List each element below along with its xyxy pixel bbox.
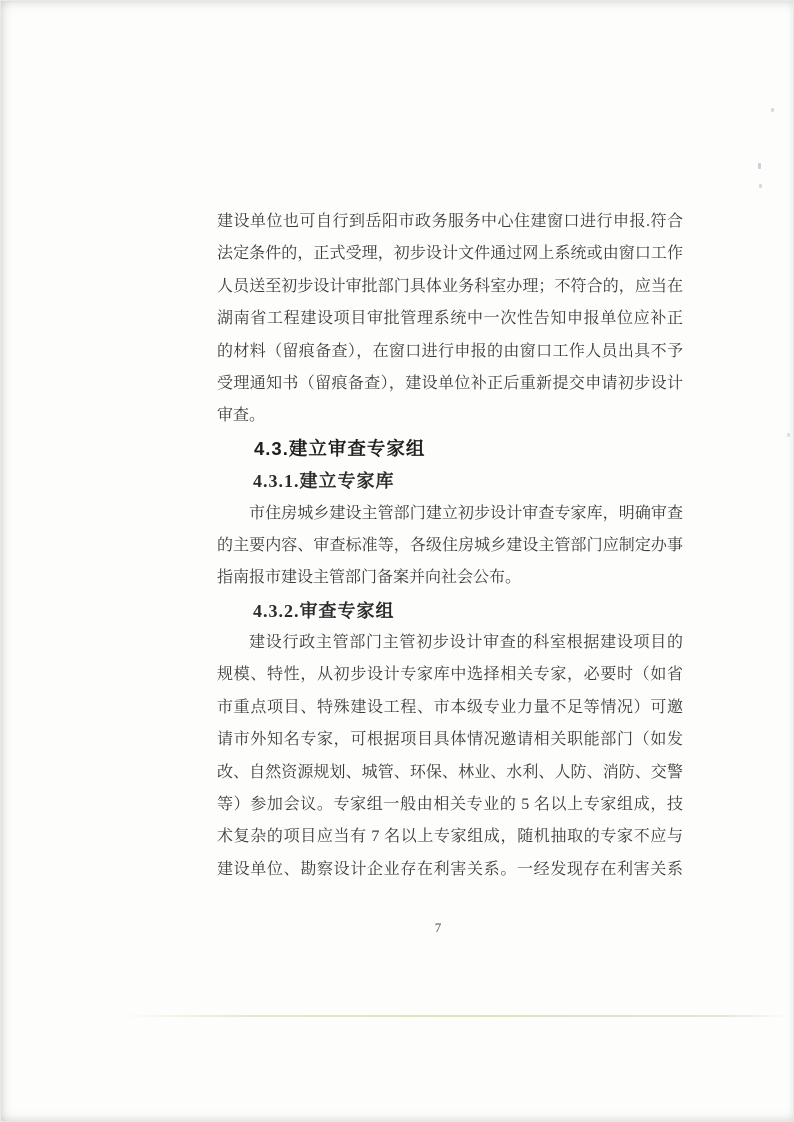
- scanned-document-page: 建设单位也可自行到岳阳市政务服务中心住建窗口进行申报.符合 法定条件的，正式受理…: [0, 0, 794, 1122]
- scan-noise-speck: [771, 108, 774, 112]
- paragraph-1-line: 湖南省工程建设项目审批管理系统中一次性告知申报单位应补正: [217, 303, 683, 335]
- scan-noise-speck: [787, 433, 790, 437]
- paragraph-3-line: 规模、特性，从初步设计专家库中选择相关专家，必要时（如省: [217, 659, 683, 691]
- paragraph-3-line: 改、自然资源规划、城管、环保、林业、水利、人防、消防、交警: [217, 757, 683, 789]
- section-heading-4-3: 4.3.建立审查专家组: [217, 433, 683, 465]
- paragraph-3-line: 等）参加会议。专家组一般由相关专业的 5 名以上专家组成，技: [217, 789, 683, 821]
- paragraph-2-line: 指南报市建设主管部门备案并向社会公布。: [217, 562, 683, 594]
- paragraph-1-line: 人员送至初步设计审批部门具体业务科室办理；不符合的，应当在: [217, 271, 683, 303]
- paragraph-1-line: 审查。: [217, 400, 683, 432]
- paragraph-3-line: 术复杂的项目应当有 7 名以上专家组成，随机抽取的专家不应与: [217, 821, 683, 853]
- paragraph-1-line: 的材料（留痕备查），在窗口进行申报的由窗口工作人员出具不予: [217, 336, 683, 368]
- section-heading-4-3-2: 4.3.2.审查专家组: [217, 595, 683, 627]
- paragraph-2-line: 市住房城乡建设主管部门建立初步设计审查专家库，明确审查: [217, 498, 683, 530]
- paragraph-1-line: 法定条件的，正式受理，初步设计文件通过网上系统或由窗口工作: [217, 238, 683, 270]
- section-heading-4-3-1: 4.3.1.建立专家库: [217, 465, 683, 497]
- paragraph-3-line: 请市外知名专家，可根据项目具体情况邀请相关职能部门（如发: [217, 724, 683, 756]
- paragraph-2-line: 的主要内容、审查标准等，各级住房城乡建设主管部门应制定办事: [217, 530, 683, 562]
- scan-artifact-line: [120, 1015, 788, 1017]
- page-number: 7: [428, 920, 448, 936]
- paragraph-1-line: 建设单位也可自行到岳阳市政务服务中心住建窗口进行申报.符合: [217, 206, 683, 238]
- scan-noise-speck: [758, 163, 761, 169]
- paragraph-3-line: 市重点项目、特殊建设工程、市本级专业力量不足等情况）可邀: [217, 692, 683, 724]
- document-content: 建设单位也可自行到岳阳市政务服务中心住建窗口进行申报.符合 法定条件的，正式受理…: [217, 206, 683, 886]
- paragraph-1-line: 受理通知书（留痕备查），建设单位补正后重新提交申请初步设计: [217, 368, 683, 400]
- paragraph-3-line: 建设单位、勘察设计企业存在利害关系。一经发现存在利害关系的，: [217, 854, 683, 886]
- scan-noise-speck: [759, 184, 762, 188]
- paragraph-3-line: 建设行政主管部门主管初步设计审查的科室根据建设项目的: [217, 627, 683, 659]
